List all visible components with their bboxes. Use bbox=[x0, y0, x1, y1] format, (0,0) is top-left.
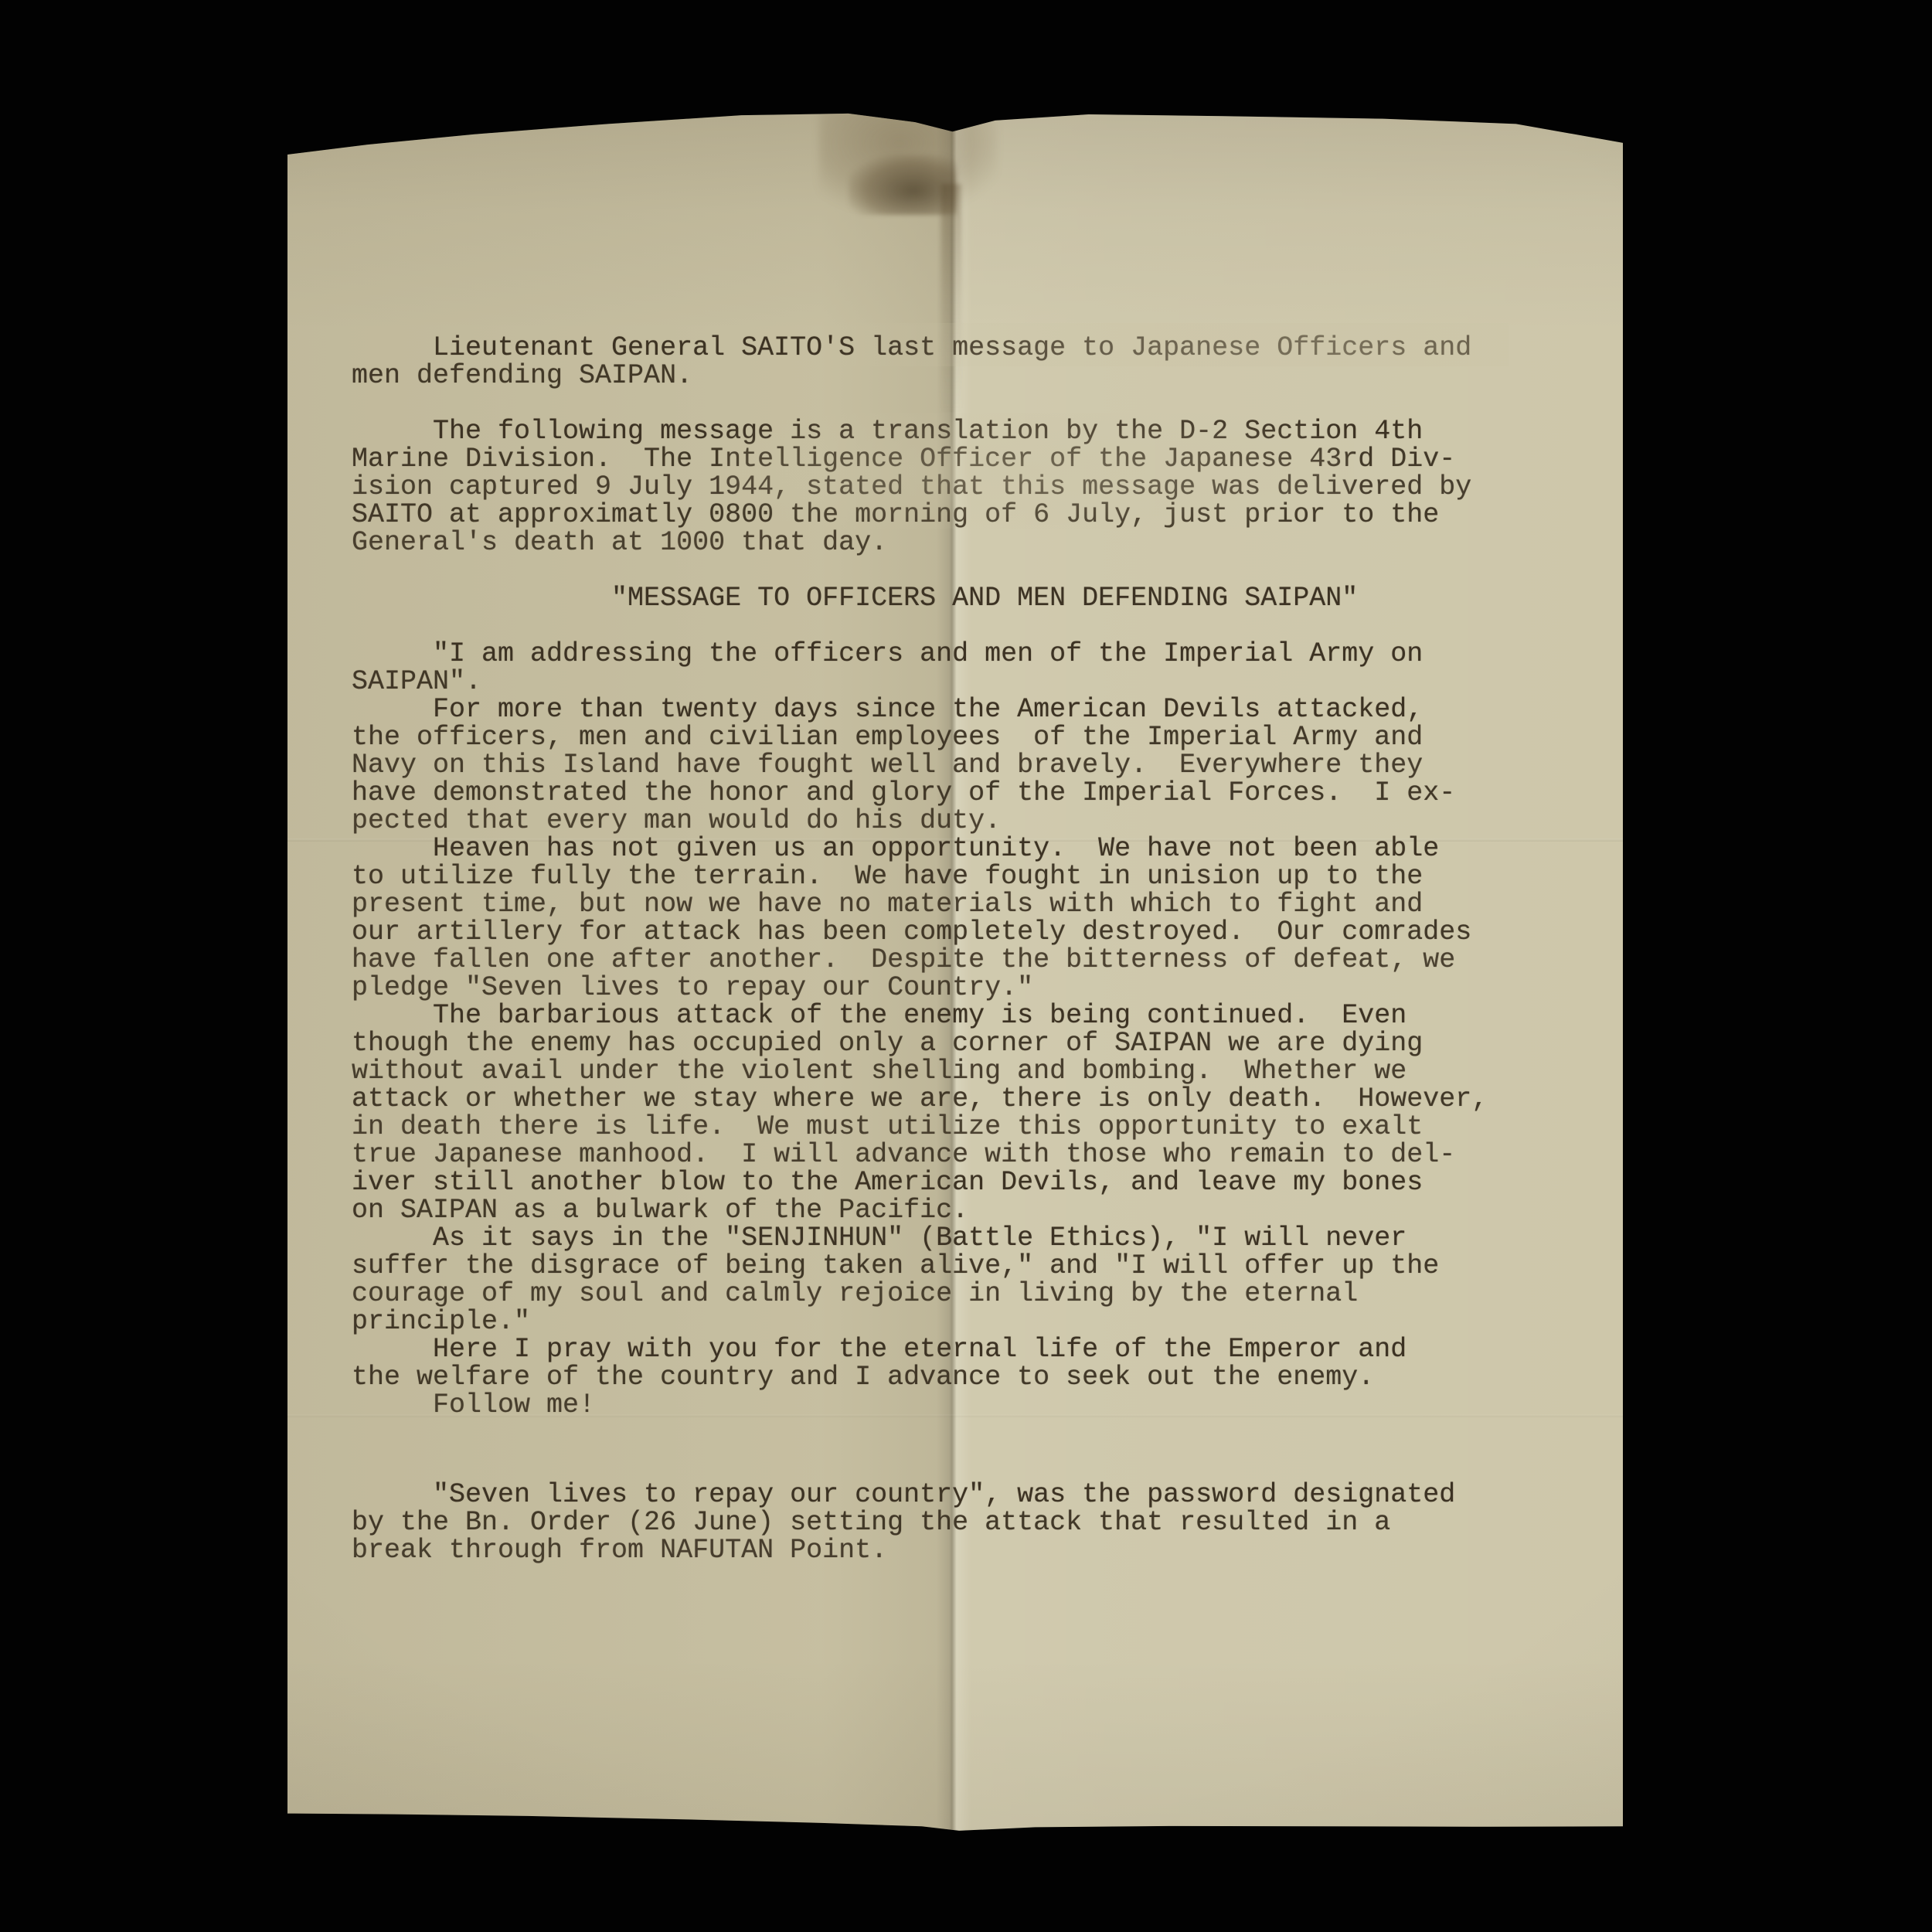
title-paragraph: Lieutenant General SAITO'S last message … bbox=[352, 334, 1488, 389]
text-line: though the enemy has occupied only a cor… bbox=[352, 1029, 1488, 1057]
text-line: pledge "Seven lives to repay our Country… bbox=[352, 974, 1488, 1002]
text-line: true Japanese manhood. I will advance wi… bbox=[352, 1141, 1488, 1168]
prayer-paragraph: Here I pray with you for the eternal lif… bbox=[352, 1335, 1488, 1419]
text-line: Heaven has not given us an opportunity. … bbox=[352, 835, 1488, 862]
text-line: principle." bbox=[352, 1308, 1488, 1335]
translator-note-paragraph: The following message is a translation b… bbox=[352, 417, 1488, 556]
text-line: ision captured 9 July 1944, stated that … bbox=[352, 473, 1488, 501]
text-line: have fallen one after another. Despite t… bbox=[352, 946, 1488, 974]
photo-background: Lieutenant General SAITO'S last message … bbox=[0, 0, 1932, 1932]
typewritten-text: Lieutenant General SAITO'S last message … bbox=[352, 334, 1488, 1564]
text-line: courage of my soul and calmly rejoice in… bbox=[352, 1280, 1488, 1308]
text-line: our artillery for attack has been comple… bbox=[352, 918, 1488, 946]
message-heading: "MESSAGE TO OFFICERS AND MEN DEFENDING S… bbox=[352, 584, 1488, 612]
text-line: The barbarious attack of the enemy is be… bbox=[352, 1002, 1488, 1029]
text-line: men defending SAIPAN. bbox=[352, 362, 1488, 389]
text-line: have demonstrated the honor and glory of… bbox=[352, 779, 1488, 807]
text-line: the welfare of the country and I advance… bbox=[352, 1363, 1488, 1391]
text-line: in death there is life. We must utilize … bbox=[352, 1113, 1488, 1141]
typewritten-letter-paper: Lieutenant General SAITO'S last message … bbox=[287, 107, 1623, 1832]
text-line: to utilize fully the terrain. We have fo… bbox=[352, 862, 1488, 890]
barbarous-attack-paragraph: The barbarious attack of the enemy is be… bbox=[352, 1002, 1488, 1224]
battle-ethics-paragraph: As it says in the "SENJINHUN" (Battle Et… bbox=[352, 1224, 1488, 1335]
text-line: SAITO at approximatly 0800 the morning o… bbox=[352, 501, 1488, 529]
text-line: SAIPAN". bbox=[352, 668, 1488, 696]
text-line: Navy on this Island have fought well and… bbox=[352, 751, 1488, 779]
text-line: present time, but now we have no materia… bbox=[352, 890, 1488, 918]
text-line: The following message is a translation b… bbox=[352, 417, 1488, 445]
password-note-paragraph: "Seven lives to repay our country", was … bbox=[352, 1481, 1488, 1564]
text-line: Lieutenant General SAITO'S last message … bbox=[352, 334, 1488, 362]
heaven-paragraph: Heaven has not given us an opportunity. … bbox=[352, 835, 1488, 1002]
text-line: without avail under the violent shelling… bbox=[352, 1057, 1488, 1085]
text-line: Marine Division. The Intelligence Office… bbox=[352, 445, 1488, 473]
text-line: "Seven lives to repay our country", was … bbox=[352, 1481, 1488, 1509]
text-line: suffer the disgrace of being taken alive… bbox=[352, 1252, 1488, 1280]
text-line: As it says in the "SENJINHUN" (Battle Et… bbox=[352, 1224, 1488, 1252]
text-line: General's death at 1000 that day. bbox=[352, 529, 1488, 556]
text-line: by the Bn. Order (26 June) setting the a… bbox=[352, 1509, 1488, 1536]
text-line: break through from NAFUTAN Point. bbox=[352, 1536, 1488, 1564]
text-line: iver still another blow to the American … bbox=[352, 1168, 1488, 1196]
text-line: Follow me! bbox=[352, 1391, 1488, 1419]
address-paragraph: "I am addressing the officers and men of… bbox=[352, 640, 1488, 696]
heading-line: "MESSAGE TO OFFICERS AND MEN DEFENDING S… bbox=[352, 584, 1488, 612]
twenty-days-paragraph: For more than twenty days since the Amer… bbox=[352, 696, 1488, 835]
text-line: For more than twenty days since the Amer… bbox=[352, 696, 1488, 723]
text-line: the officers, men and civilian employees… bbox=[352, 723, 1488, 751]
brown-stain bbox=[849, 155, 957, 215]
text-line: pected that every man would do his duty. bbox=[352, 807, 1488, 835]
text-line: on SAIPAN as a bulwark of the Pacific. bbox=[352, 1196, 1488, 1224]
text-line: "I am addressing the officers and men of… bbox=[352, 640, 1488, 668]
text-line: attack or whether we stay where we are, … bbox=[352, 1085, 1488, 1113]
text-line: Here I pray with you for the eternal lif… bbox=[352, 1335, 1488, 1363]
